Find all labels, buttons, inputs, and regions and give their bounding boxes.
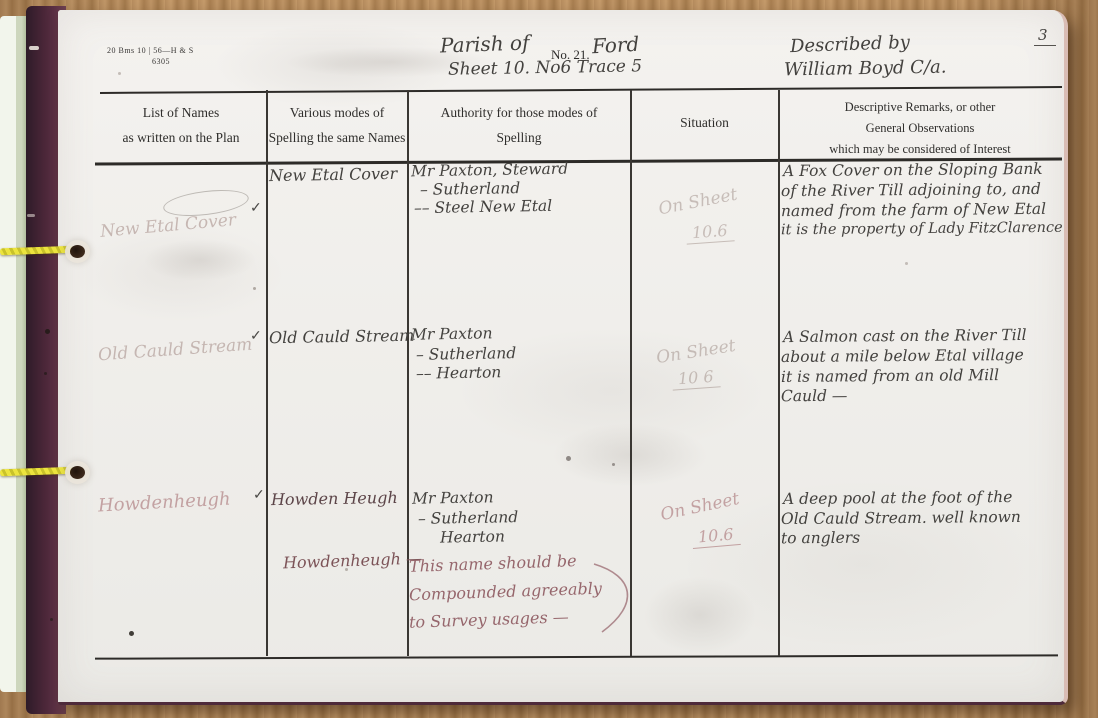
column-header-text: Authority for those modes of: [408, 100, 630, 125]
parish-name: Ford: [591, 32, 639, 58]
checkmark-row2: ✓: [250, 328, 262, 345]
remarks-row3-line1: A deep pool at the foot of the: [783, 488, 1013, 508]
column-header-text: which may be considered of Interest: [779, 139, 1061, 160]
authority-row1-line1: Mr Paxton, Steward: [411, 160, 568, 181]
remarks-row2-line4: Cauld —: [781, 387, 848, 406]
situation-sheet-ref: 10 6: [671, 366, 720, 390]
column-header-text: Descriptive Remarks, or other: [779, 97, 1061, 118]
authority-row2-line3: –– Hearton: [416, 363, 502, 382]
column-header-situation: Situation: [631, 110, 778, 135]
printers-stamp-line2: 6305: [152, 57, 170, 66]
authority-row2-line2: – Sutherland: [416, 344, 516, 364]
remarks-row1-line1: A Fox Cover on the Sloping Bank: [783, 160, 1043, 180]
authority-row1-line3: –– Steel New Etal: [414, 197, 552, 217]
column-header-authority: Authority for those modes of Spelling: [408, 100, 630, 150]
column-header-remarks: Descriptive Remarks, or other General Ob…: [779, 97, 1061, 160]
scanned-name-book-page: 20 Bms 10 | 56—H & S 6305 Parish of No. …: [0, 0, 1098, 718]
sheet-trace-line: Sheet 10. No6 Trace 5: [448, 56, 642, 79]
situation-sheet-ref: 10.6: [691, 524, 740, 549]
remarks-row3-line2: Old Cauld Stream. well known: [781, 508, 1021, 528]
column-header-text: General Observations: [779, 118, 1061, 139]
binding-hole-top: [70, 245, 85, 258]
situation-row2-line2: 10 6: [671, 366, 720, 390]
remarks-row1-line2: of the River Till adjoining to, and: [781, 180, 1041, 200]
authority-row3-line3: Hearton: [440, 527, 505, 546]
checkmark-row1: ✓: [250, 200, 262, 217]
spine-glint: [29, 46, 39, 50]
remarks-row2-line1: A Salmon cast on the River Till: [783, 326, 1027, 346]
spine-glint: [27, 214, 35, 217]
remarks-row2-line3: it is named from an old Mill: [781, 366, 999, 386]
column-header-text: Various modes of: [267, 100, 407, 125]
describer-name: William Boyd C/a.: [784, 57, 947, 81]
column-header-text: List of Names: [96, 100, 266, 125]
situation-sheet-ref: 10.6: [685, 220, 734, 244]
authority-row2-line1: Mr Paxton: [411, 324, 493, 343]
smudge: [120, 230, 280, 290]
divider-situation-remarks: [778, 90, 780, 656]
remarks-row1-line4: it is the property of Lady FitzClarence: [781, 220, 1063, 238]
column-header-spelling: Various modes of Spelling the same Names: [267, 100, 407, 150]
underlying-page-edge: [0, 16, 27, 692]
remarks-row1-line3: named from the farm of New Etal: [781, 200, 1046, 220]
mode-of-spelling-row2: Old Cauld Stream: [269, 326, 415, 348]
situation-row1-line2: 10.6: [685, 220, 734, 244]
column-header-text: as written on the Plan: [96, 125, 266, 150]
binding-hole-bottom: [70, 466, 85, 479]
mode-of-spelling-row3: Howden Heugh: [271, 488, 398, 509]
mode-of-spelling-row1: New Etal Cover: [269, 164, 397, 185]
column-header-text: Spelling: [408, 125, 630, 150]
situation-row3-line2: 10.6: [691, 524, 740, 549]
printers-stamp-line1: 20 Bms 10 | 56—H & S: [107, 46, 194, 55]
authority-row3-line1: Mr Paxton: [412, 488, 494, 507]
column-header-text: Situation: [631, 110, 778, 135]
remarks-row3-line3: to anglers: [781, 529, 860, 548]
parish-of-label: Parish of: [440, 30, 530, 57]
page-number: 3: [1034, 26, 1056, 46]
authority-row3-line2: – Sutherland: [418, 508, 518, 528]
described-by-label: Described by: [790, 32, 911, 57]
column-header-names: List of Names as written on the Plan: [96, 100, 266, 150]
red-ink-flourish: [588, 558, 648, 638]
authority-row1-line2: – Sutherland: [420, 179, 520, 199]
divider-names-spelling: [266, 90, 268, 656]
remarks-row2-line2: about a mile below Etal village: [781, 346, 1024, 366]
checkmark-row3: ✓: [253, 487, 265, 504]
foxing-specks: [0, 0, 3, 3]
column-header-text: Spelling the same Names: [267, 125, 407, 150]
